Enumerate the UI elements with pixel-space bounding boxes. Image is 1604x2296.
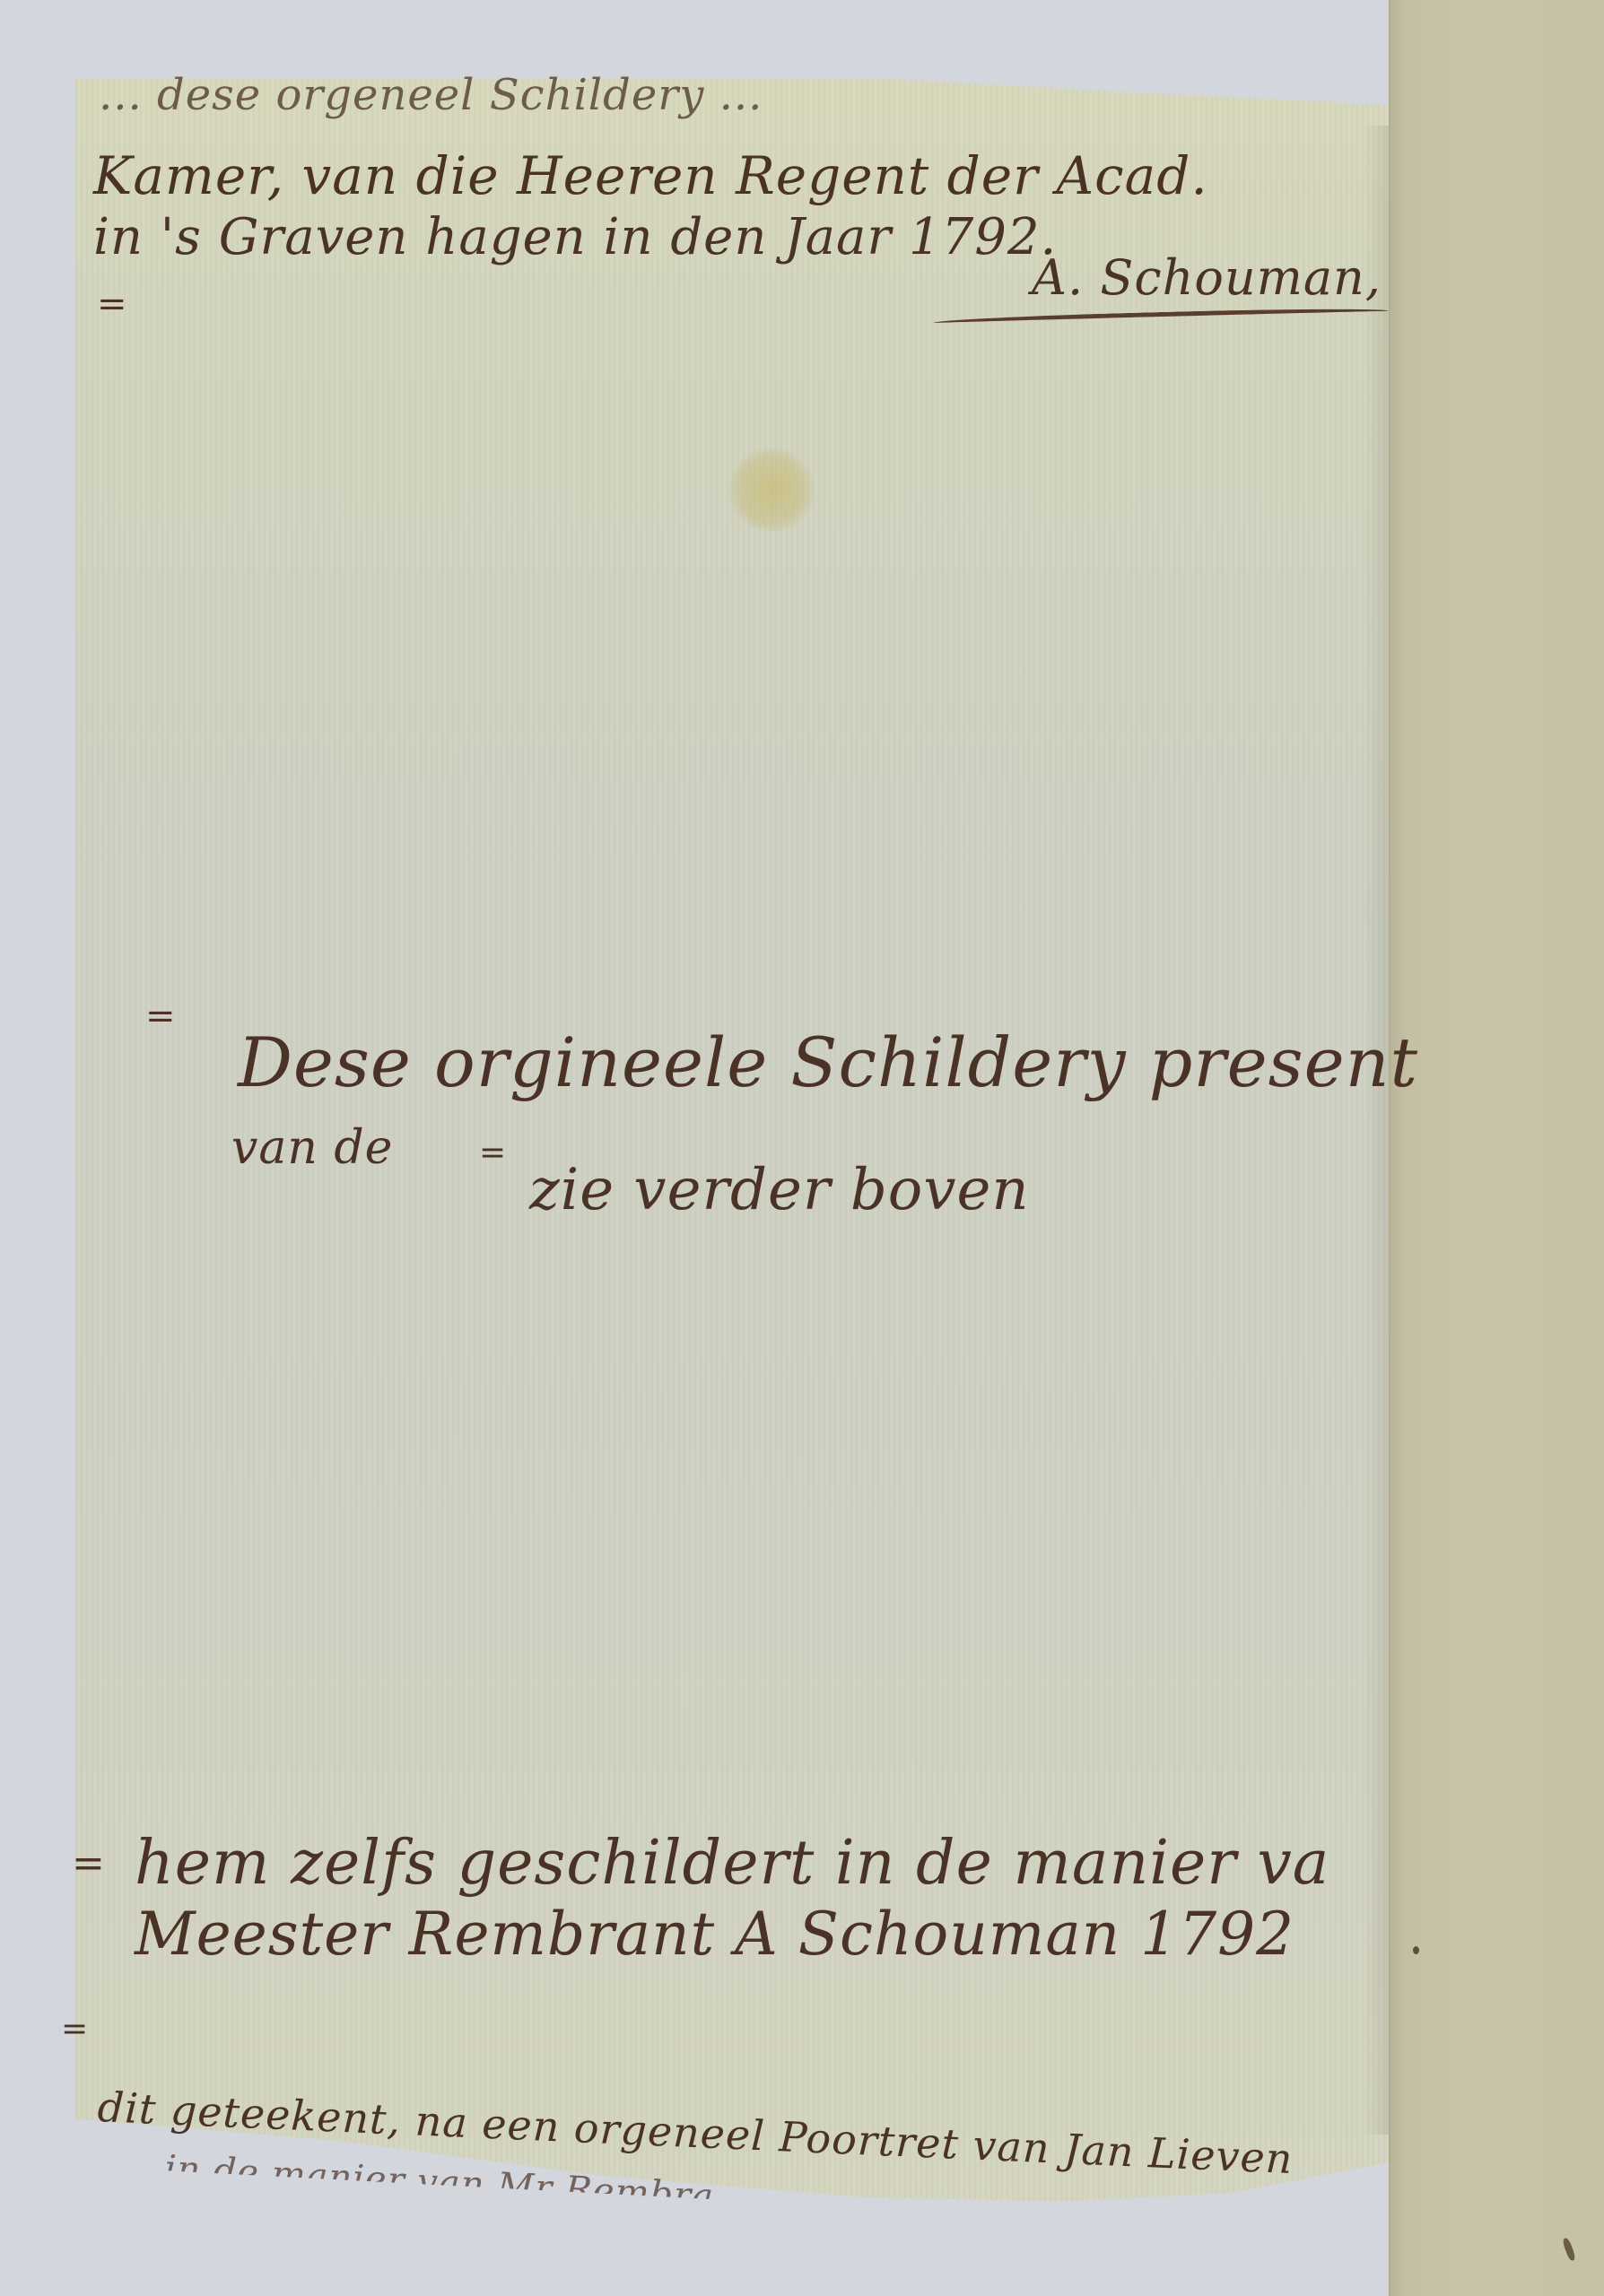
section-marker-top: =: [97, 283, 128, 325]
section-marker-middle: =: [145, 996, 177, 1037]
facing-page-spot: [1413, 1946, 1419, 1954]
lower-line-2: Meester Rembrant A Schouman 1792: [135, 1900, 1295, 1969]
top-line-0: ... dese orgeneel Schildery ...: [99, 70, 763, 120]
middle-inline-marker: =: [479, 1135, 507, 1171]
page-edge-shadow: [1364, 126, 1389, 2135]
middle-line-3: zie verder boven: [529, 1157, 1030, 1223]
section-marker-bottom: =: [61, 2011, 89, 2048]
signature-top: A. Schouman,: [1032, 249, 1382, 306]
lower-line-1: hem zelfs geschildert in de manier va: [135, 1828, 1329, 1899]
paper-stain: [728, 448, 815, 531]
middle-line-2: van de: [231, 1121, 393, 1175]
top-line-1: Kamer, van die Heeren Regent der Acad.: [93, 145, 1208, 206]
facing-page: [1389, 0, 1604, 2296]
top-line-2: in 's Graven hagen in den Jaar 1792.: [93, 208, 1057, 266]
middle-line-1: Dese orgineele Schildery present: [238, 1022, 1418, 1102]
section-marker-lower: =: [72, 1840, 106, 1886]
